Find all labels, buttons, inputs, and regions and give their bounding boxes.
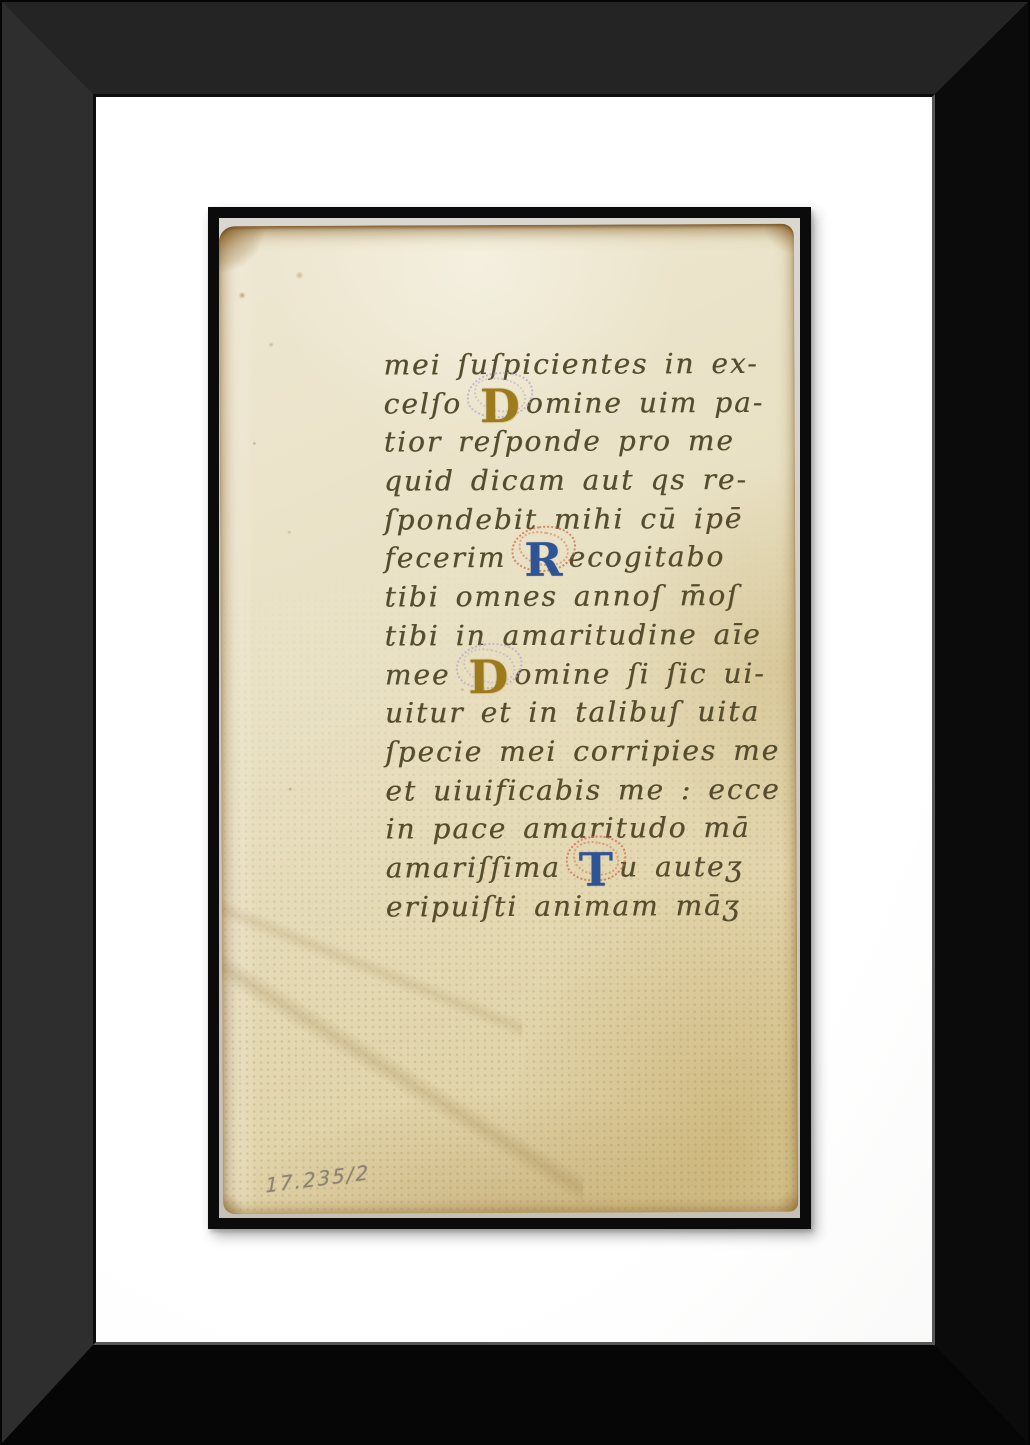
framed-artwork: mei ſuſpicientes in ex- celſo Domine uim… <box>0 0 1030 1445</box>
manuscript-line: amariſſima Tu auteʒ <box>386 848 818 889</box>
line-text: et uiuificabis me : ecce <box>385 772 781 807</box>
manuscript-photograph: mei ſuſpicientes in ex- celſo Domine uim… <box>208 207 811 1229</box>
line-post: omine uim pa- <box>526 386 765 420</box>
line-text: eripuiſti animam māʒ <box>386 889 741 924</box>
line-text: in pace amaritudo mā <box>385 811 750 846</box>
initial-letter: D <box>480 379 522 433</box>
manuscript-text-block: mei ſuſpicientes in ex- celſo Domine uim… <box>383 345 818 927</box>
pencil-inscription: 17.235/2 <box>265 1160 370 1197</box>
mat-board: mei ſuſpicientes in ex- celſo Domine uim… <box>93 94 935 1345</box>
line-text: uitur et in talibuſ uita <box>385 695 760 730</box>
parchment-leaf: mei ſuſpicientes in ex- celſo Domine uim… <box>219 224 798 1214</box>
manuscript-line: fecerim Recogitabo <box>384 538 816 579</box>
line-text: tibi in amaritudine aīe <box>385 618 762 653</box>
manuscript-line: et uiuificabis me : ecce <box>385 770 817 811</box>
manuscript-line: tibi omnes annoſ m̄oſ <box>384 577 816 618</box>
line-pre: amariſſima <box>386 851 577 885</box>
manuscript-line: tibi in amaritudine aīe <box>385 615 817 656</box>
manuscript-line: mee Domine ſi ſic ui- <box>385 654 817 695</box>
line-text: quid dicam aut qs re- <box>384 463 748 498</box>
line-pre: mee <box>385 658 467 691</box>
manuscript-line: ſpondebit mihi cū ipē <box>384 499 816 540</box>
manuscript-line: ſpecie mei corripies me <box>385 732 817 773</box>
manuscript-line: uitur et in talibuſ uita <box>385 693 817 734</box>
line-pre: fecerim <box>384 541 522 575</box>
manuscript-line: celſo Domine uim pa- <box>384 383 816 424</box>
line-text: ſpecie mei corripies me <box>385 734 780 769</box>
line-pre: celſo <box>384 387 478 420</box>
manuscript-line: quid dicam aut qs re- <box>384 461 816 502</box>
line-post: omine ſi ſic ui- <box>514 656 766 690</box>
line-text: mei ſuſpicientes in ex- <box>383 347 758 382</box>
line-post: u auteʒ <box>619 850 743 884</box>
initial-letter: D <box>468 649 510 703</box>
line-text: tior reſponde pro me <box>384 424 735 459</box>
initial-letter: T <box>579 842 615 896</box>
line-post: ecogitabo <box>568 540 725 574</box>
initial-letter: R <box>524 533 564 587</box>
manuscript-line: mei ſuſpicientes in ex- <box>383 345 815 386</box>
manuscript-line: tior reſponde pro me <box>384 422 816 463</box>
